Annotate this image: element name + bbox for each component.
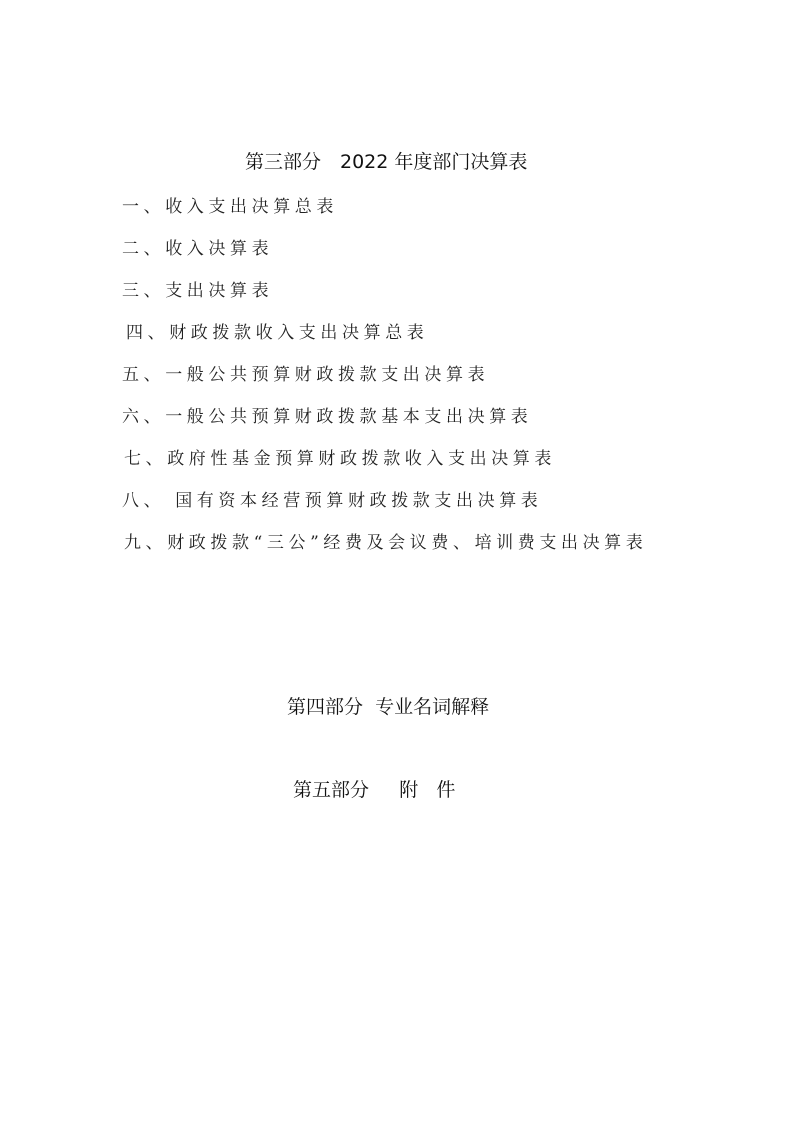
toc-item-government-fund-budget: 七、政府性基金预算财政拨款收入支出决算表: [124, 444, 556, 469]
part4-heading: 第四部分 专业名词解释: [287, 692, 489, 719]
toc-item-expenditure-statement: 三、支出决算表: [122, 276, 273, 301]
toc-item-income-expenditure-summary: 一、收入支出决算总表: [122, 192, 338, 217]
toc-item-three-public-expenses: 九、财政拨款“三公”经费及会议费、培训费支出决算表: [124, 528, 647, 553]
toc-item-income-statement: 二、收入决算表: [122, 234, 273, 259]
document-page: 第三部分 2022 年度部门决算表 一、收入支出决算总表 二、收入决算表 三、支…: [0, 0, 793, 1122]
toc-item-general-budget-basic-expenditure: 六、一般公共预算财政拨款基本支出决算表: [122, 402, 532, 427]
toc-item-state-capital-budget: 八、 国有资本经营预算财政拨款支出决算表: [122, 486, 542, 511]
part5-heading: 第五部分 附 件: [293, 775, 455, 802]
part3-heading: 第三部分 2022 年度部门决算表: [245, 147, 527, 174]
toc-item-fiscal-appropriation-summary: 四、财政拨款收入支出决算总表: [126, 318, 428, 343]
toc-item-general-budget-expenditure: 五、一般公共预算财政拨款支出决算表: [122, 360, 489, 385]
